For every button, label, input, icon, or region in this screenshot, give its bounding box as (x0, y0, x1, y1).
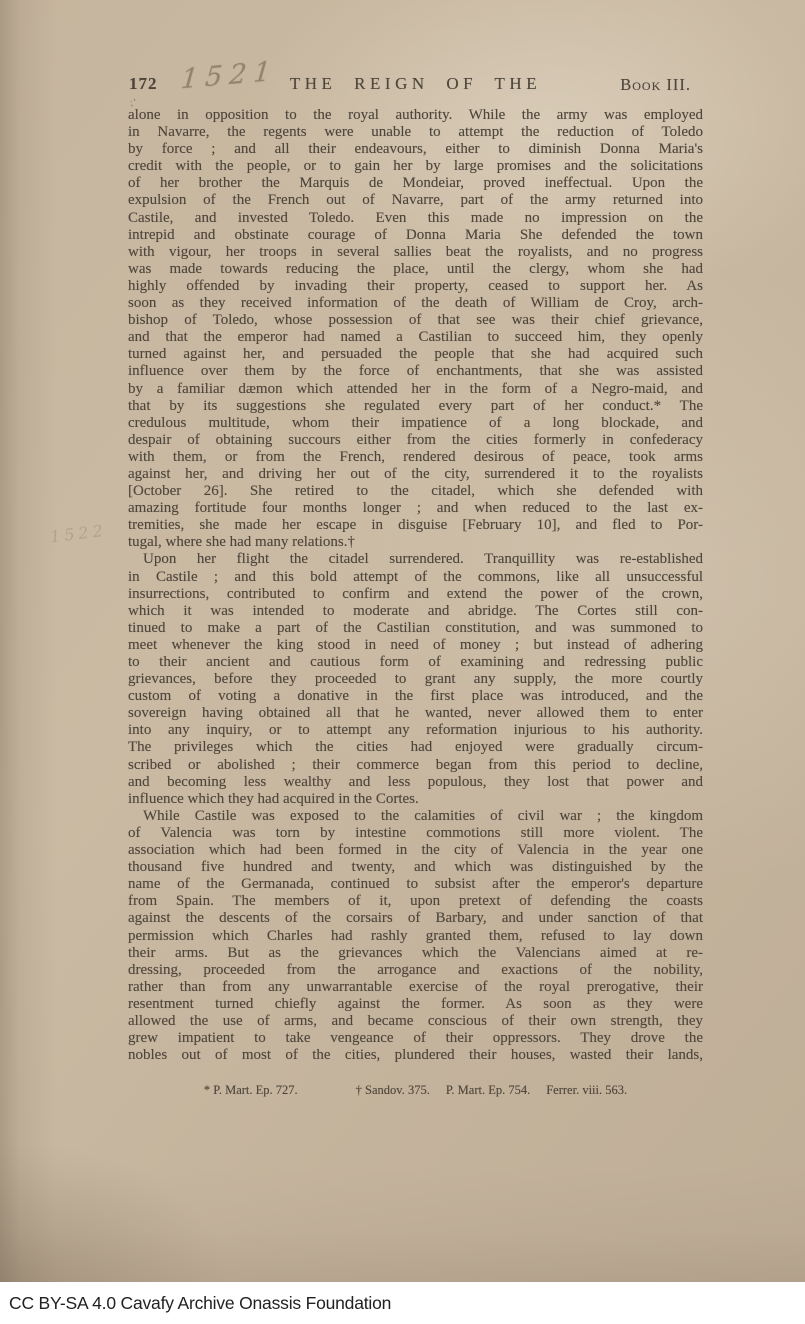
text-line: rather than from any unwarrantable exerc… (128, 979, 703, 996)
text-line: thousand five hundred and twenty, and wh… (128, 859, 703, 876)
running-title: THE REIGN OF THE (128, 74, 703, 94)
text-line: turned against her, and persuaded the pe… (128, 346, 703, 363)
footnote-ref-2: † Sandov. 375. (356, 1083, 430, 1098)
text-line: into any inquiry, or to attempt any refo… (128, 722, 703, 739)
license-text: CC BY-SA 4.0 Cavafy Archive Onassis Foun… (0, 1293, 391, 1314)
footnote-ref-3: P. Mart. Ep. 754. (446, 1083, 530, 1098)
text-line: nobles out of most of the cities, plunde… (128, 1047, 703, 1064)
paragraph: Upon her flight the citadel surrendered.… (128, 551, 703, 807)
text-line: expulsion of the French out of Navarre, … (128, 192, 703, 209)
body-text: alone in opposition to the royal authori… (128, 107, 703, 1064)
text-line: While Castile was exposed to the calamit… (128, 808, 703, 825)
text-line: Castile, and invested Toledo. Even this … (128, 210, 703, 227)
text-line: allowed the use of arms, and became cons… (128, 1013, 703, 1030)
footnote-ref-1: * P. Mart. Ep. 727. (204, 1083, 298, 1098)
paragraph: While Castile was exposed to the calamit… (128, 808, 703, 1064)
margin-pencil-annotation: 1522 (49, 521, 108, 547)
scanned-book-page: 172 ;‛ 1521 THE REIGN OF THE Book III. 1… (0, 0, 805, 1282)
text-line: and becoming less wealthy and less popul… (128, 774, 703, 791)
text-line: insurrections, contributed to confirm an… (128, 586, 703, 603)
text-line: with them, or from the French, rendered … (128, 449, 703, 466)
text-line: [October 26]. She retired to the citadel… (128, 483, 703, 500)
text-line: sovereign having obtained all that he wa… (128, 705, 703, 722)
text-line: credit with the people, or to gain her b… (128, 158, 703, 175)
text-line: in Castile ; and this bold attempt of th… (128, 569, 703, 586)
text-line: association which had been formed in the… (128, 842, 703, 859)
text-line: influence which they had acquired in the… (128, 791, 703, 808)
footnote: * P. Mart. Ep. 727. † Sandov. 375. P. Ma… (128, 1083, 703, 1098)
text-line: which it was intended to moderate and ab… (128, 603, 703, 620)
text-line: name of the Germanada, continued to subs… (128, 876, 703, 893)
text-line: was made towards reducing the place, unt… (128, 261, 703, 278)
text-line: bishop of Toledo, whose possession of th… (128, 312, 703, 329)
text-line: from Spain. The members of it, upon pret… (128, 893, 703, 910)
text-line: influence over them by the force of ench… (128, 363, 703, 380)
text-line: highly offended by invading their proper… (128, 278, 703, 295)
text-line: amazing fortitude four months longer ; a… (128, 500, 703, 517)
text-line: The privileges which the cities had enjo… (128, 739, 703, 756)
text-line: and that the emperor had named a Castili… (128, 329, 703, 346)
text-line: soon as they received information of the… (128, 295, 703, 312)
text-line: by a familiar dæmon which attended her i… (128, 381, 703, 398)
text-line: tugal, where she had many relations.† (128, 534, 703, 551)
text-line: alone in opposition to the royal authori… (128, 107, 703, 124)
text-line: permission which Charles had rashly gran… (128, 928, 703, 945)
text-line: tremities, she made her escape in disgui… (128, 517, 703, 534)
footnote-ref-4: Ferrer. viii. 563. (546, 1083, 627, 1098)
text-line: in Navarre, the regents were unable to a… (128, 124, 703, 141)
text-line: by force ; and all their endeavours, eit… (128, 141, 703, 158)
text-line: of her brother the Marquis de Mondeiar, … (128, 175, 703, 192)
text-line: credulous multitude, whom their impatien… (128, 415, 703, 432)
text-line: against the descents of the corsairs of … (128, 910, 703, 927)
text-line: grievances, before they proceeded to gra… (128, 671, 703, 688)
text-line: grew impatient to take vengeance of thei… (128, 1030, 703, 1047)
paragraph: alone in opposition to the royal authori… (128, 107, 703, 551)
text-line: against her, and driving her out of the … (128, 466, 703, 483)
text-line: that by its suggestions she regulated ev… (128, 398, 703, 415)
text-line: resentment turned chiefly against the fo… (128, 996, 703, 1013)
text-line: custom of voting a donative in the first… (128, 688, 703, 705)
text-line: scribed or abolished ; their commerce be… (128, 757, 703, 774)
book-label: Book III. (620, 75, 691, 95)
text-line: with vigour, her troops in several salli… (128, 244, 703, 261)
text-line: to their ancient and cautious form of ex… (128, 654, 703, 671)
text-line: Upon her flight the citadel surrendered.… (128, 551, 703, 568)
text-line: intrepid and obstinate courage of Donna … (128, 227, 703, 244)
text-line: their arms. But as the grievances which … (128, 945, 703, 962)
text-line: meet whenever the king stood in need of … (128, 637, 703, 654)
text-line: tinued to make a part of the Castilian c… (128, 620, 703, 637)
ink-smudge-mark: ;‛ (129, 96, 138, 107)
text-line: of Valencia was torn by intestine commot… (128, 825, 703, 842)
text-line: dressing, proceeded from the arrogance a… (128, 962, 703, 979)
text-line: despair of obtaining succours either fro… (128, 432, 703, 449)
license-bar: CC BY-SA 4.0 Cavafy Archive Onassis Foun… (0, 1282, 805, 1324)
